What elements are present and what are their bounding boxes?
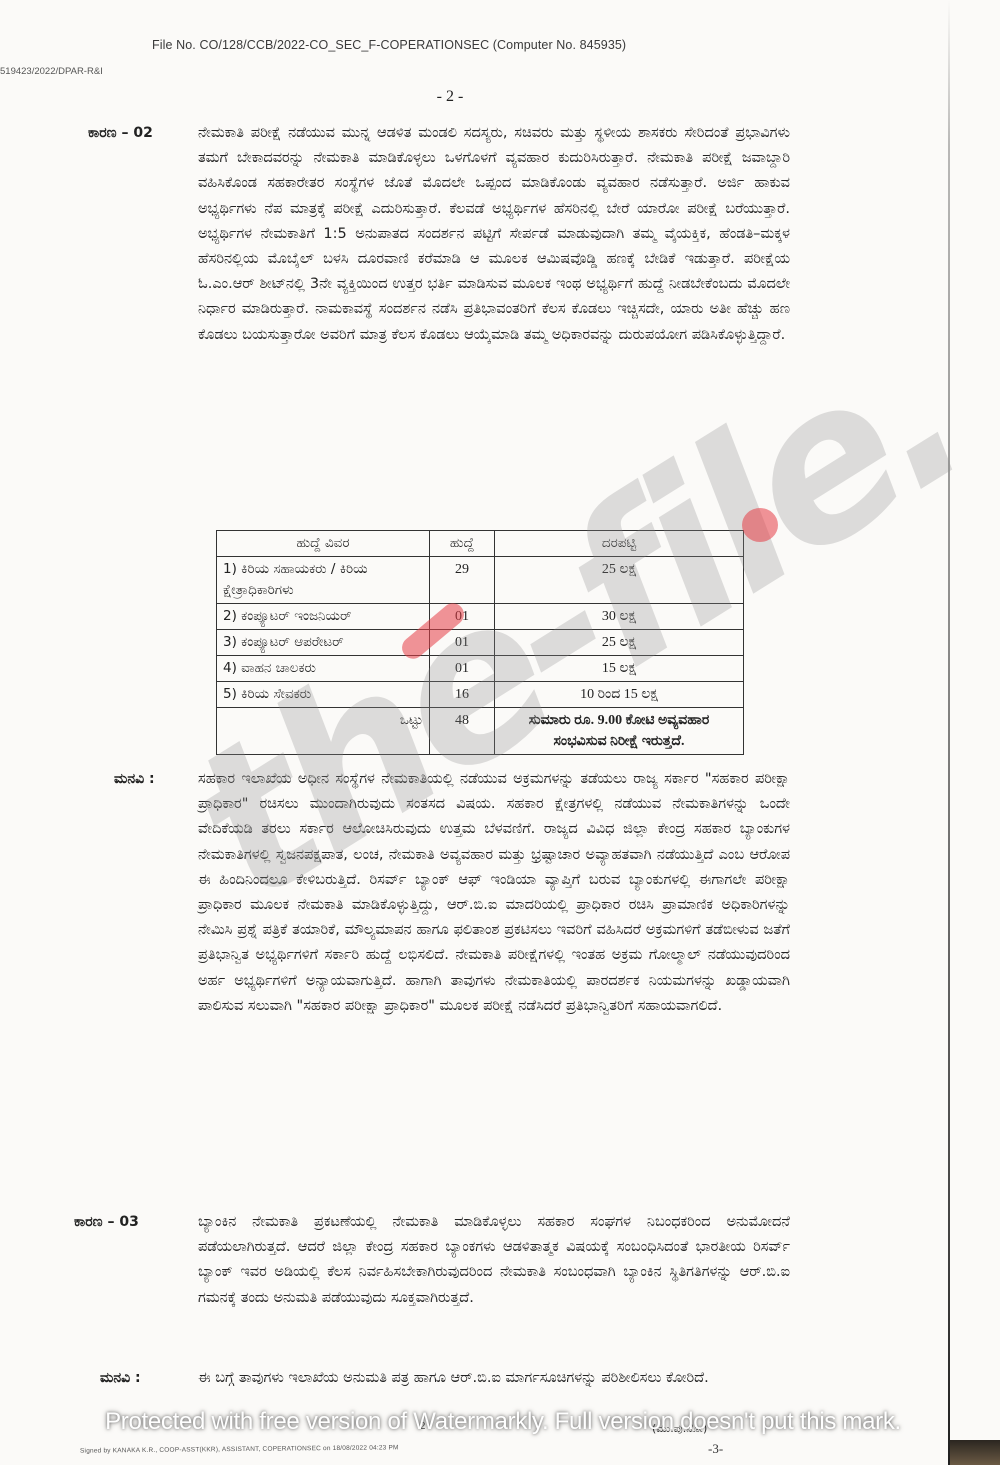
- total-label: ಒಟ್ಟು: [217, 708, 430, 755]
- reason-03-paragraph: ಬ್ಯಾಂಕಿನ ನೇಮಕಾತಿ ಪ್ರಕಟಣೆಯಲ್ಲಿ ನೇಮಕಾತಿ ಮಾ…: [198, 1210, 790, 1311]
- page-edge-shadow: [948, 0, 950, 1465]
- post-rate-table: ಹುದ್ದೆ ವಿವರ ಹುದ್ದೆ ದರಪಟ್ಟಿ 1) ಕಿರಿಯ ಸಹಾಯ…: [216, 530, 744, 755]
- page-corner-shadow: [950, 1440, 1000, 1465]
- total-count: 48: [430, 708, 495, 755]
- section-label-request-2: ಮನವಿ :: [100, 1370, 141, 1386]
- request-1-paragraph: ಸಹಕಾರ ಇಲಾಖೆಯ ಅಧೀನ ಸಂಸ್ಥೆಗಳ ನೇಮಕಾತಿಯಲ್ಲಿ …: [198, 767, 790, 1019]
- watermark-red-dot: [742, 508, 778, 542]
- header-post-details: ಹುದ್ದೆ ವಿವರ: [217, 531, 430, 557]
- reason-02-paragraph: ನೇಮಕಾತಿ ಪರೀಕ್ಷೆ ನಡೆಯುವ ಮುನ್ನ ಆಡಳಿತ ಮಂಡಲಿ…: [198, 121, 790, 348]
- post-rate: 10 ರಿಂದ 15 ಲಕ್ಷ: [495, 682, 744, 708]
- file-number-header: File No. CO/128/CCB/2022-CO_SEC_F-COPERA…: [152, 38, 772, 52]
- table-row: 2) ಕಂಪ್ಯೂಟರ್ ಇಂಜನಿಯರ್ 01 30 ಲಕ್ಷ: [217, 604, 744, 630]
- post-name: 5) ಕಿರಿಯ ಸೇವಕರು: [217, 682, 430, 708]
- table-row: 5) ಕಿರಿಯ ಸೇವಕರು 16 10 ರಿಂದ 15 ಲಕ್ಷ: [217, 682, 744, 708]
- post-count: 29: [430, 557, 495, 604]
- section-label-reason-02: ಕಾರಣ – 02: [88, 125, 153, 141]
- post-count: 16: [430, 682, 495, 708]
- header-post-count: ಹುದ್ದೆ: [430, 531, 495, 557]
- continuation-mark: (ಮು.ಪು.ನೋ): [652, 1422, 707, 1436]
- post-name: 1) ಕಿರಿಯ ಸಹಾಯಕರು / ಕಿರಿಯ ಕ್ಷೇತ್ರಾಧಿಕಾರಿಗ…: [217, 557, 430, 604]
- post-name: 2) ಕಂಪ್ಯೂಟರ್ ಇಂಜನಿಯರ್: [217, 604, 430, 630]
- post-name: 4) ವಾಹನ ಚಾಲಕರು: [217, 656, 430, 682]
- post-count: 01: [430, 656, 495, 682]
- post-rate: 25 ಲಕ್ಷ: [495, 557, 744, 604]
- post-rate: 25 ಲಕ್ಷ: [495, 630, 744, 656]
- page-number: - 2 -: [420, 88, 480, 106]
- footer-small-number: 2: [420, 1420, 426, 1432]
- table-row: 3) ಕಂಪ್ಯೂಟರ್ ಆಪರೇಟರ್ 01 25 ಲಕ್ಷ: [217, 630, 744, 656]
- table-row: 1) ಕಿರಿಯ ಸಹಾಯಕರು / ಕಿರಿಯ ಕ್ಷೇತ್ರಾಧಿಕಾರಿಗ…: [217, 557, 744, 604]
- watermarkly-banner: Protected with free version of Watermark…: [48, 1408, 958, 1436]
- post-rate: 15 ಲಕ್ಷ: [495, 656, 744, 682]
- table-row: 4) ವಾಹನ ಚಾಲಕರು 01 15 ಲಕ್ಷ: [217, 656, 744, 682]
- request-2-paragraph: ಈ ಬಗ್ಗೆ ತಾವುಗಳು ಇಲಾಖೆಯ ಅನುಮತಿ ಪತ್ರ ಹಾಗೂ …: [198, 1366, 790, 1391]
- post-rate: 30 ಲಕ್ಷ: [495, 604, 744, 630]
- next-page-number: -3-: [708, 1441, 723, 1457]
- header-rate: ದರಪಟ್ಟಿ: [495, 531, 744, 557]
- post-name: 3) ಕಂಪ್ಯೂಟರ್ ಆಪರೇಟರ್: [217, 630, 430, 656]
- section-label-request-1: ಮನವಿ :: [114, 771, 155, 787]
- digital-signature-line: Signed by KANAKA K.R., COOP-ASST(KKR), A…: [80, 1444, 399, 1454]
- total-rate: ಸುಮಾರು ರೂ. 9.00 ಕೋಟಿ ಅವ್ಯವಹಾರ ಸಂಭವಿಸುವ ನ…: [495, 708, 744, 755]
- table-total-row: ಒಟ್ಟು 48 ಸುಮಾರು ರೂ. 9.00 ಕೋಟಿ ಅವ್ಯವಹಾರ ಸ…: [217, 708, 744, 755]
- reference-number: 519423/2022/DPAR-R&I: [0, 66, 103, 77]
- table-header-row: ಹುದ್ದೆ ವಿವರ ಹುದ್ದೆ ದರಪಟ್ಟಿ: [217, 531, 744, 557]
- section-label-reason-03: ಕಾರಣ – 03: [74, 1214, 139, 1230]
